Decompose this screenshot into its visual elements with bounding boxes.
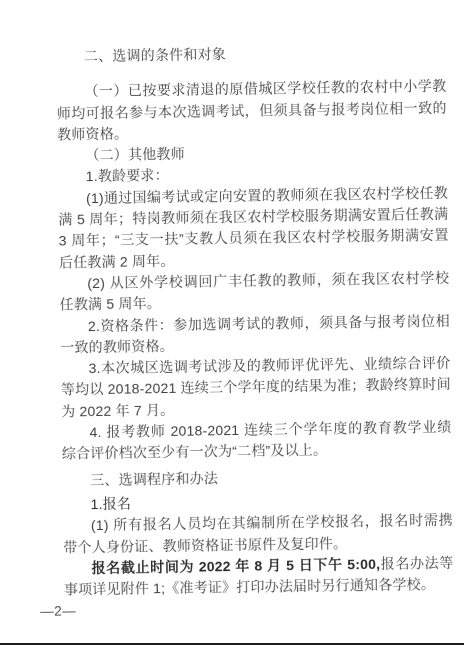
page-number: —2—: [40, 603, 76, 619]
scanned-document-page: 二、选调的条件和对象 （一）已按要求清退的原借城区学校任教的农村中小学教师均可报…: [0, 0, 464, 656]
deadline-bold-text: 报名截止时间为 2022 年 8 月 5 日下午 5:00,: [91, 556, 380, 576]
photo-bottom-edge: [0, 643, 464, 645]
paragraph-teaching-age-item-2: (2) 从区外学校调回广丰任教的教师，须在我区农村学校任教满 5 周年。: [59, 268, 450, 316]
paragraph-qualification: 2.资格条件：参加选调考试的教师，须具备与报考岗位相一致的教师资格。: [60, 310, 451, 358]
paragraph-performance-grade: 4. 报考教师 2018-2021 连续三个学年度的教育教学业绩综合评价档次至少…: [61, 417, 452, 465]
paragraph-evaluation-years: 3.本次城区选调考试涉及的教师评优评先、业绩综合评价等均以 2018-2021 …: [60, 353, 451, 423]
section-heading-3: 三、选调程序和办法: [62, 464, 452, 491]
paragraph-registration-deadline: 报名截止时间为 2022 年 8 月 5 日下午 5:00,报名办法等事项详见附…: [63, 553, 454, 601]
paragraph-retired-teachers: （一）已按要求清退的原借城区学校任教的农村中小学教师均可报名参与本次选调考试，但…: [56, 76, 447, 146]
paragraph-teaching-age-item-1: (1)通过国编考试或定向安置的教师须在我区农村学校任教满 5 周年；特岗教师须在…: [58, 183, 449, 274]
document-body: 二、选调的条件和对象 （一）已按要求清退的原借城区学校任教的农村中小学教师均可报…: [56, 41, 454, 601]
paragraph-registration-detail: (1) 所有报名人员均在其编制所在学校报名，报名时需携带个人身份证、教师资格证书…: [63, 510, 454, 558]
section-heading-2: 二、选调的条件和对象: [56, 41, 446, 68]
